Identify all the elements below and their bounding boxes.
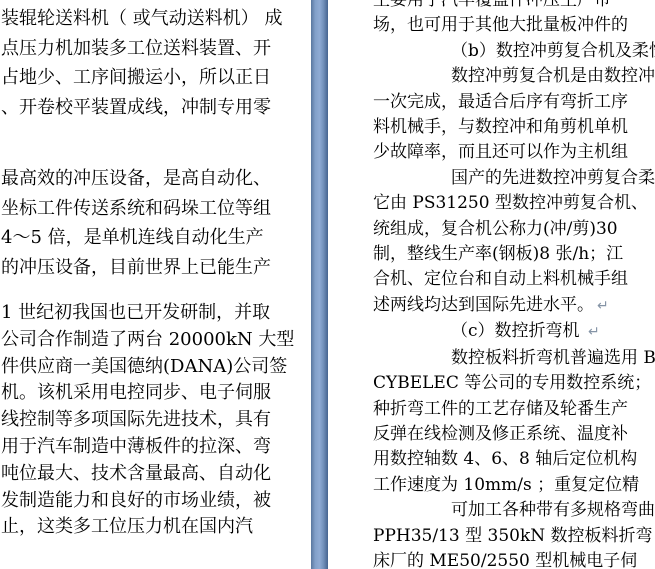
text-line: 、开卷校平装置成线，冲制专用零 [1, 93, 311, 123]
text-line: 数控冲剪复合机是由数控冲和 [373, 64, 655, 89]
paragraph: 最高效的冲压设备，是高自动化、 坐标工件传送系统和码垛工位等组 4～5 倍，是单… [1, 164, 311, 282]
text-line: 国产的先进数控冲剪复合柔性 [373, 166, 655, 191]
text-line: 吨位最大、技术含量最高、自动化 [1, 461, 311, 488]
paragraph: 1 世纪初我国也已开发研制，并取 公司合作制造了两台 20000kN 大型 件供… [1, 300, 311, 541]
text-line: 用于汽车制造中薄板件的拉深、弯 [1, 434, 311, 461]
text-line: CYBELEC 等公司的专用数控系统； [373, 371, 655, 396]
page-left: 装辊轮送料机（ 或气动送料机） 成 点压力机加装多工位送料装置、开 占地少、工序… [0, 0, 311, 569]
text-line: 公司合作制造了两台 20000kN 大型 [1, 327, 311, 354]
text-line: 机。该机采用电控同步、电子伺服 [1, 380, 311, 407]
document-view: 装辊轮送料机（ 或气动送料机） 成 点压力机加装多工位送料装置、开 占地少、工序… [0, 0, 655, 569]
text-line: 点压力机加装多工位送料装置、开 [1, 34, 311, 64]
text-line: 床厂的 ME50/2550 型机械电子伺 [373, 549, 655, 569]
page-separator [311, 0, 328, 569]
text-line: 场，也可用于其他大批量板冲件的 [373, 13, 655, 38]
text-line: 止，这类多工位压力机在国内汽 [1, 514, 311, 541]
page-right-text: 主要用于汽车覆盖件冲压生产市 场，也可用于其他大批量板冲件的 （b）数控冲剪复合… [373, 0, 655, 569]
text-line: 反弹在线检测及修正系统、温度补 [373, 422, 655, 447]
text-line-content: 述两线均达到国际先进水平。 [373, 295, 594, 315]
text-line: 的冲压设备，目前世界上已能生产 [1, 253, 311, 283]
text-line: 1 世纪初我国也已开发研制，并取 [1, 300, 311, 327]
paragraph-mark-icon: ↵ [588, 324, 600, 340]
paragraph: 装辊轮送料机（ 或气动送料机） 成 点压力机加装多工位送料装置、开 占地少、工序… [1, 4, 311, 122]
text-line: 种折弯工件的工艺存储及轮番生产 [373, 397, 655, 422]
paragraph-mark-icon: ↵ [597, 298, 609, 314]
text-line: 占地少、工序间搬运小，所以正日 [1, 63, 311, 93]
text-line: 料机械手，与数控冲和角剪机单机 [373, 115, 655, 140]
text-line: 4～5 倍，是单机连线自动化生产 [1, 223, 311, 253]
text-line: 少故障率，而且还可以作为主机组 [373, 140, 655, 165]
text-line: 它由 PS31250 型数控冲剪复合机、 [373, 191, 655, 216]
text-line: 述两线均达到国际先进水平。↵ [373, 293, 655, 319]
text-line: 制，整线生产率(钢板)8 张/h；江 [373, 242, 655, 267]
text-line: 用数控轴数 4、6、8 轴后定位机构 [373, 447, 655, 472]
page-left-text: 装辊轮送料机（ 或气动送料机） 成 点压力机加装多工位送料装置、开 占地少、工序… [1, 4, 311, 541]
text-line: 坐标工件传送系统和码垛工位等组 [1, 194, 311, 224]
text-line: PPH35/13 型 350kN 数控板料折弯 [373, 524, 655, 549]
text-line: 统组成，复合机公称力(冲/剪)30 [373, 217, 655, 242]
text-line-clipped: 主要用于汽车覆盖件冲压生产市 [373, 0, 655, 13]
text-line: 最高效的冲压设备，是高自动化、 [1, 164, 311, 194]
text-line: 可加工各种带有多规格弯曲角 [373, 498, 655, 523]
heading-line-c: （c）数控折弯机 ↵ [373, 319, 655, 345]
text-line: 工作速度为 10mm/s ；重复定位精 [373, 473, 655, 498]
text-line: 装辊轮送料机（ 或气动送料机） 成 [1, 4, 311, 34]
heading-line-b: （b）数控冲剪复合机及柔性加 [373, 39, 655, 64]
text-line: 发制造能力和良好的市场业绩，被 [1, 488, 311, 515]
text-line: 件供应商一美国德纳(DANA)公司签 [1, 354, 311, 381]
text-line: 线控制等多项国际先进技术，具有 [1, 407, 311, 434]
text-line-content: （c）数控折弯机 [451, 321, 585, 341]
text-line: 一次完成，最适合后序有弯折工序 [373, 90, 655, 115]
page-right: 主要用于汽车覆盖件冲压生产市 场，也可用于其他大批量板冲件的 （b）数控冲剪复合… [328, 0, 655, 569]
text-line: 合机、定位台和自动上料机械手组 [373, 267, 655, 292]
text-line: 数控板料折弯机普遍选用 BC [373, 346, 655, 371]
